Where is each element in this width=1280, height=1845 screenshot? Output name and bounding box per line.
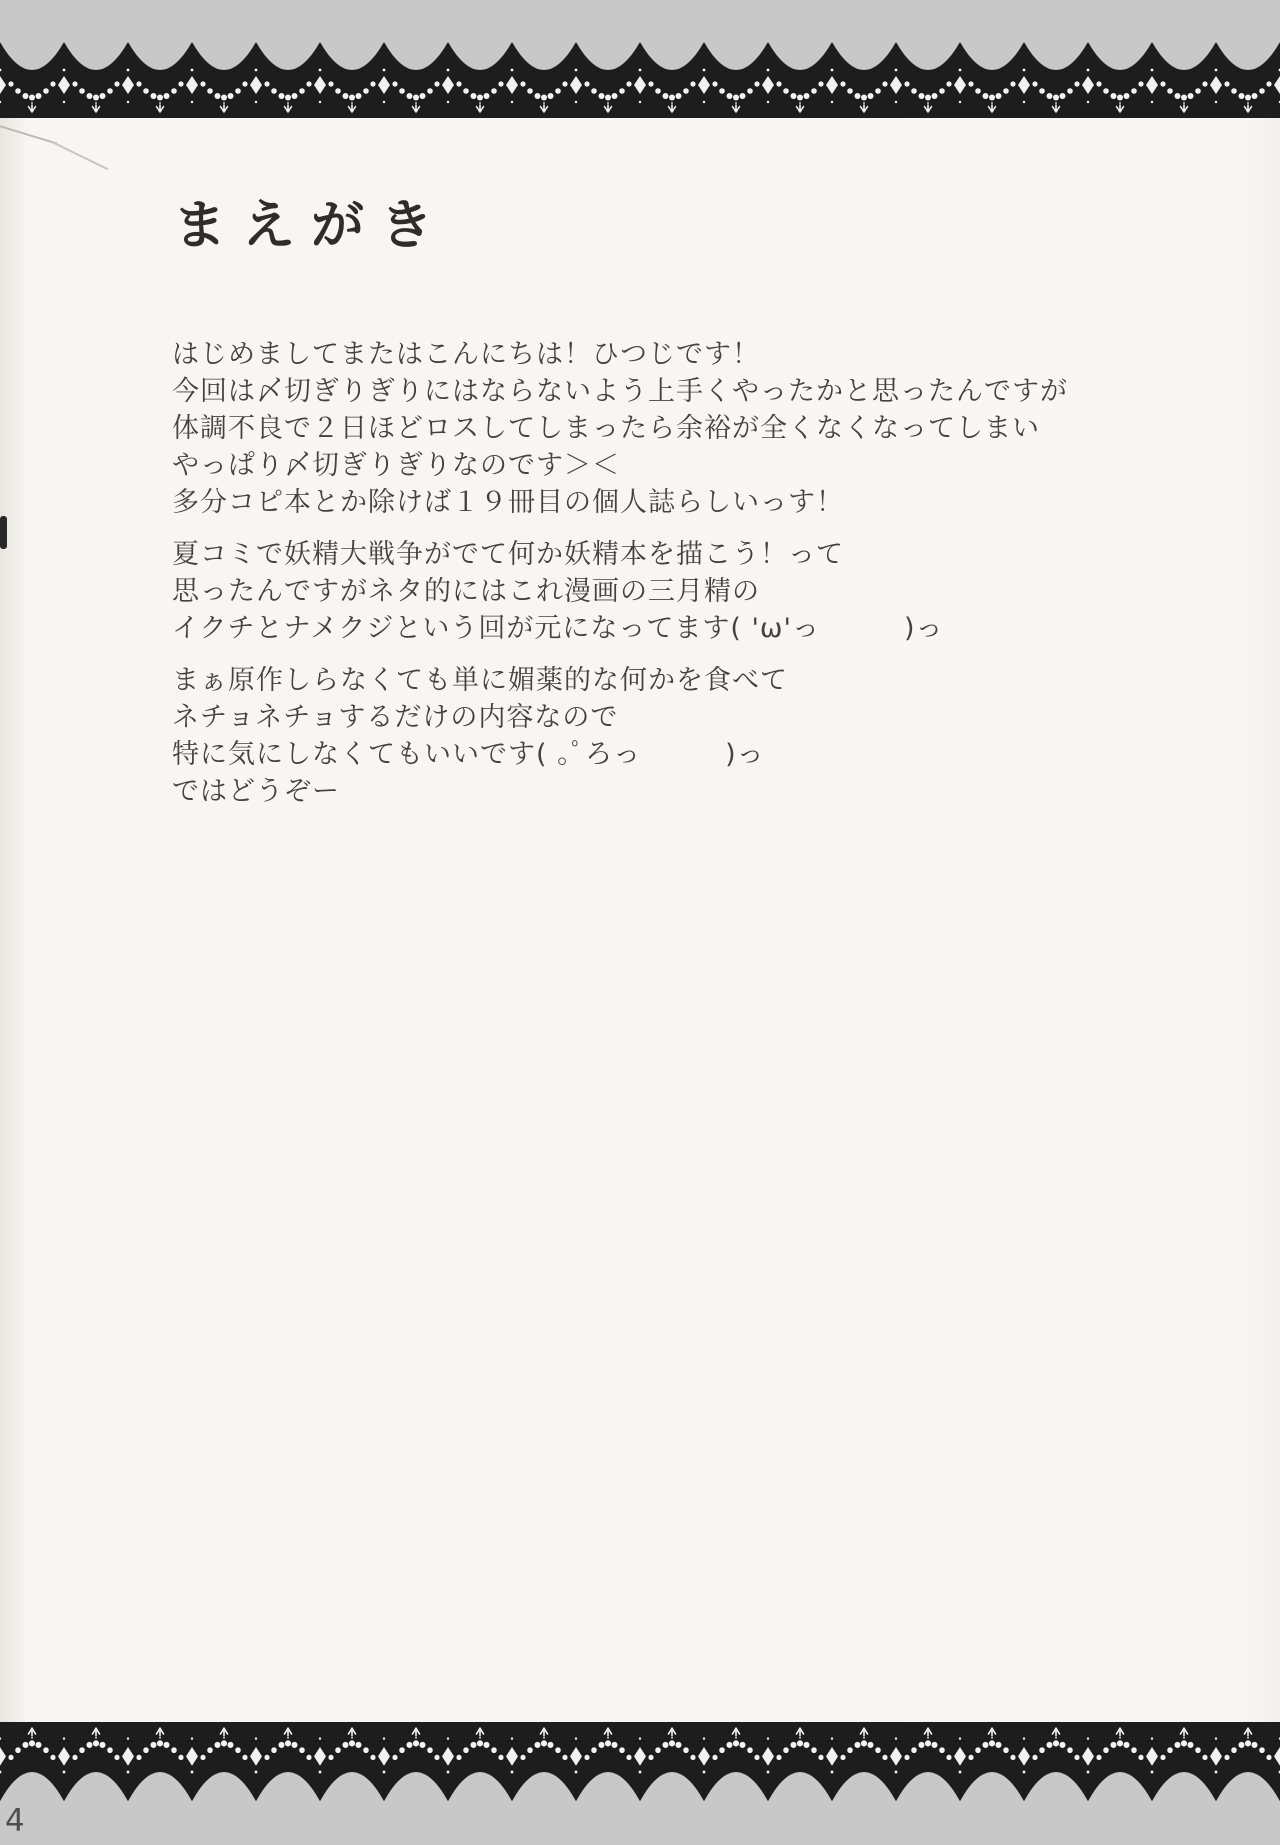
foreword-text: はじめましてまたはこんにちは！ひつじです！ 今回は〆切ぎりぎりにはならないよう上… — [172, 336, 1132, 825]
text-line: 体調不良で２日ほどロスしてしまったら余裕が全くなくなってしまい — [172, 410, 1132, 447]
page-title: まえがき — [173, 183, 449, 259]
text-line: ネチョネチョするだけの内容なので — [172, 699, 1132, 736]
text-line: はじめましてまたはこんにちは！ひつじです！ — [172, 336, 1132, 373]
lace-pattern-bottom — [0, 1722, 1280, 1845]
scan-smudge — [0, 516, 7, 549]
text-line: 夏コミで妖精大戦争がでて何か妖精本を描こう！って — [172, 536, 1132, 573]
page-number: 4 — [5, 1803, 25, 1839]
text-line: 特に気にしなくてもいいです( ｡ﾟろっ )っ — [172, 736, 1132, 773]
paragraph-closing: まぁ原作しらなくても単に媚薬的な何かを食べて ネチョネチョするだけの内容なので … — [172, 662, 1132, 810]
text-line: 多分コピ本とか除けば１９冊目の個人誌らしいっす！ — [172, 484, 1132, 521]
lace-pattern-top — [0, 0, 1280, 118]
paragraph-intro: はじめましてまたはこんにちは！ひつじです！ 今回は〆切ぎりぎりにはならないよう上… — [172, 336, 1132, 521]
text-line: まぁ原作しらなくても単に媚薬的な何かを食べて — [172, 662, 1132, 699]
text-line: イクチとナメクジという回が元になってます( 'ω'っ )っ — [172, 610, 1132, 647]
text-line: ではどうぞー — [172, 773, 1132, 810]
paragraph-concept: 夏コミで妖精大戦争がでて何か妖精本を描こう！って 思ったんですがネタ的にはこれ漫… — [172, 536, 1132, 647]
lace-border-bottom: 4 — [0, 1722, 1280, 1845]
scanned-page: まえがき はじめましてまたはこんにちは！ひつじです！ 今回は〆切ぎりぎりにはなら… — [0, 0, 1280, 1845]
text-line: やっぱり〆切ぎりぎりなのです＞＜ — [172, 447, 1132, 484]
text-line: 今回は〆切ぎりぎりにはならないよう上手くやったかと思ったんですが — [172, 373, 1132, 410]
text-line: 思ったんですがネタ的にはこれ漫画の三月精の — [172, 573, 1132, 610]
lace-border-top — [0, 0, 1280, 118]
